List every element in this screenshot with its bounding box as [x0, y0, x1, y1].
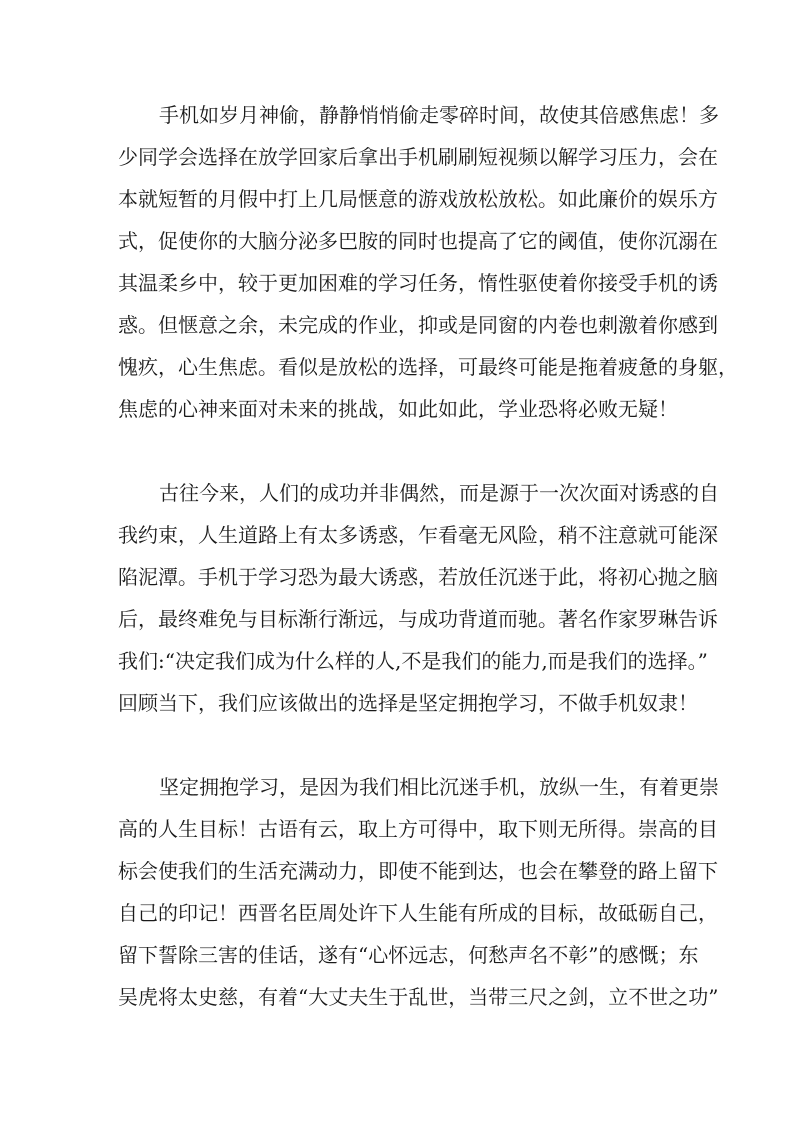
text-line: 坚定拥抱学习，是因为我们相比沉迷手机，放纵一生，有着更崇	[118, 766, 680, 808]
text-line: 我们:“决定我们成为什么样的人,不是我们的能力,而是我们的选择。”	[118, 640, 680, 682]
text-line: 手机如岁月神偷，静静悄悄偷走零碎时间，故使其倍感焦虑！多	[118, 94, 680, 136]
text-line: 后，最终难免与目标渐行渐远，与成功背道而驰。著名作家罗琳告诉	[118, 598, 680, 640]
text-line: 我约束，人生道路上有太多诱惑，乍看毫无风险，稍不注意就可能深	[118, 514, 680, 556]
text-line: 其温柔乡中，较于更加困难的学习任务，惰性驱使着你接受手机的诱	[118, 262, 680, 304]
text-line: 陷泥潭。手机于学习恐为最大诱惑，若放任沉迷于此，将初心抛之脑	[118, 556, 680, 598]
text-line: 惑。但惬意之余，未完成的作业，抑或是同窗的内卷也刺激着你感到	[118, 304, 680, 346]
paragraph-self-discipline: 古往今来，人们的成功并非偶然，而是源于一次次面对诱惑的自 我约束，人生道路上有太…	[118, 472, 680, 724]
text-line: 式，促使你的大脑分泌多巴胺的同时也提高了它的阈值，使你沉溺在	[118, 220, 680, 262]
text-line: 吴虎将太史慈，有着“大丈夫生于乱世，当带三尺之剑，立不世之功”	[118, 976, 680, 1018]
essay-body: 手机如岁月神偷，静静悄悄偷走零碎时间，故使其倍感焦虑！多 少同学会选择在放学回家…	[118, 94, 680, 1060]
text-line: 焦虑的心神来面对未来的挑战，如此如此，学业恐将必败无疑！	[118, 388, 680, 430]
text-line: 古往今来，人们的成功并非偶然，而是源于一次次面对诱惑的自	[118, 472, 680, 514]
text-line: 愧疚，心生焦虑。看似是放松的选择，可最终可能是拖着疲惫的身躯，	[118, 346, 680, 388]
document-page: 手机如岁月神偷，静静悄悄偷走零碎时间，故使其倍感焦虑！多 少同学会选择在放学回家…	[0, 0, 793, 1122]
text-line: 留下誓除三害的佳话，遂有“心怀远志，何愁声名不彰”的感慨；东	[118, 934, 680, 976]
paragraph-lofty-goals: 坚定拥抱学习，是因为我们相比沉迷手机，放纵一生，有着更崇 高的人生目标！古语有云…	[118, 766, 680, 1018]
text-line: 本就短暂的月假中打上几局惬意的游戏放松放松。如此廉价的娱乐方	[118, 178, 680, 220]
text-line: 高的人生目标！古语有云，取上方可得中，取下则无所得。崇高的目	[118, 808, 680, 850]
text-line: 少同学会选择在放学回家后拿出手机刷刷短视频以解学习压力，会在	[118, 136, 680, 178]
text-line: 标会使我们的生活充满动力，即使不能到达，也会在攀登的路上留下	[118, 850, 680, 892]
text-line: 自己的印记！西晋名臣周处许下人生能有所成的目标，故砥砺自己，	[118, 892, 680, 934]
paragraph-phone-anxiety: 手机如岁月神偷，静静悄悄偷走零碎时间，故使其倍感焦虑！多 少同学会选择在放学回家…	[118, 94, 680, 430]
text-line: 回顾当下，我们应该做出的选择是坚定拥抱学习，不做手机奴隶！	[118, 682, 680, 724]
